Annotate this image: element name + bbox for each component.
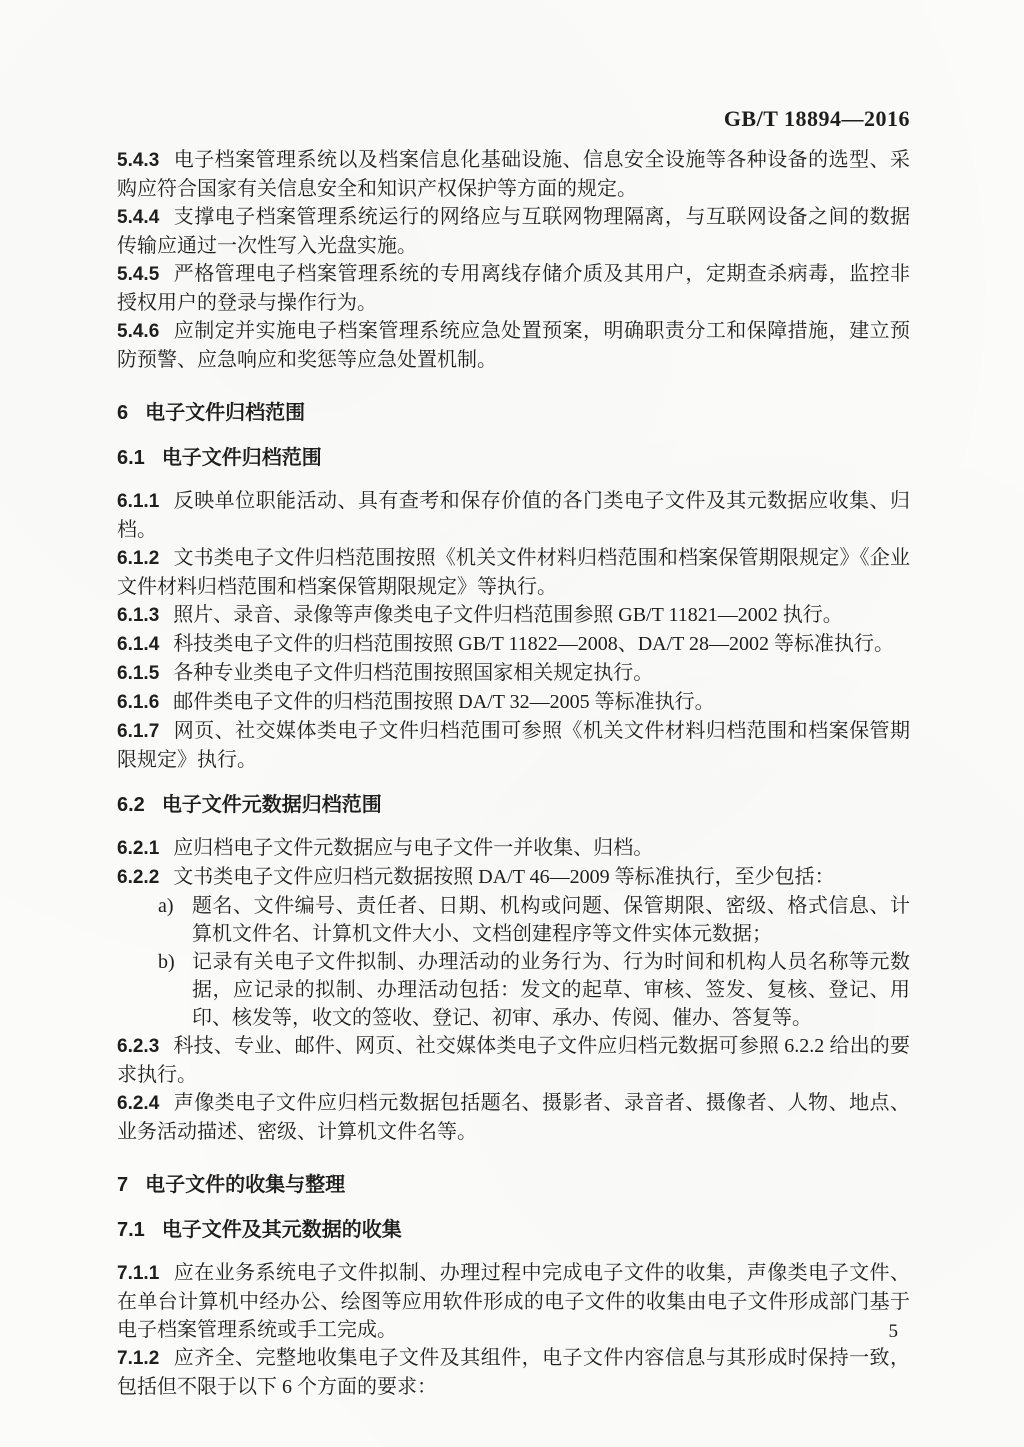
clause-6-1-5: 6.1.5各种专业类电子文件归档范围按照国家相关规定执行。	[117, 659, 910, 688]
clause-text: 各种专业类电子文件归档范围按照国家相关规定执行。	[173, 662, 653, 684]
section-heading-6: 6电子文件归档范围	[117, 399, 910, 427]
clause-text: 严格管理电子档案管理系统的专用离线存储介质及其用户，定期查杀病毒，监控非授权用户…	[117, 263, 910, 314]
clause-text: 应在业务系统电子文件拟制、办理过程中完成电子文件的收集，声像类电子文件、在单台计…	[117, 1262, 910, 1341]
section-title: 电子文件的收集与整理	[145, 1174, 345, 1196]
clause-number: 6.1.6	[117, 692, 159, 713]
clause-number: 6.1.5	[117, 663, 159, 684]
clause-number: 7.1.1	[117, 1263, 159, 1284]
section-number: 7.1	[117, 1219, 145, 1241]
section-title: 电子文件及其元数据的收集	[162, 1219, 402, 1241]
clause-5-4-4: 5.4.4支撑电子档案管理系统运行的网络应与互联网物理隔离，与互联网设备之间的数…	[117, 203, 910, 260]
clause-text: 支撑电子档案管理系统运行的网络应与互联网物理隔离，与互联网设备之间的数据传输应通…	[117, 206, 910, 257]
clause-text: 反映单位职能活动、具有查考和保存价值的各门类电子文件及其元数据应收集、归档。	[117, 490, 910, 541]
clause-6-1-1: 6.1.1反映单位职能活动、具有查考和保存价值的各门类电子文件及其元数据应收集、…	[117, 487, 910, 544]
section-heading-6-1: 6.1电子文件归档范围	[117, 444, 910, 472]
clause-number: 6.1.1	[117, 491, 159, 512]
clause-6-1-3: 6.1.3照片、录音、录像等声像类电子文件归档范围参照 GB/T 11821—2…	[117, 601, 910, 630]
clause-text: 应归档电子文件元数据应与电子文件一并收集、归档。	[173, 837, 653, 859]
clause-6-1-6: 6.1.6邮件类电子文件的归档范围按照 DA/T 32—2005 等标准执行。	[117, 688, 910, 717]
clause-6-1-4: 6.1.4科技类电子文件的归档范围按照 GB/T 11822—2008、DA/T…	[117, 630, 910, 659]
clause-6-2-2: 6.2.2文书类电子文件应归档元数据按照 DA/T 46—2009 等标准执行，…	[117, 863, 910, 892]
list-item-a: a)题名、文件编号、责任者、日期、机构或问题、保管期限、密级、格式信息、计算机文…	[158, 892, 910, 948]
section-title: 电子文件元数据归档范围	[162, 794, 382, 816]
section-heading-6-2: 6.2电子文件元数据归档范围	[117, 791, 910, 819]
list-text: 记录有关电子文件拟制、办理活动的业务行为、行为时间和机构人员名称等元数据，应记录…	[192, 948, 910, 1032]
clause-number: 6.1.2	[117, 548, 159, 569]
clause-6-2-3: 6.2.3科技、专业、邮件、网页、社交媒体类电子文件应归档元数据可参照 6.2.…	[117, 1032, 910, 1089]
clause-6-1-7: 6.1.7网页、社交媒体类电子文件归档范围可参照《机关文件材料归档范围和档案保管…	[117, 717, 910, 774]
section-number: 7	[117, 1174, 128, 1196]
clause-6-2-1: 6.2.1应归档电子文件元数据应与电子文件一并收集、归档。	[117, 834, 910, 863]
clause-6-2-4: 6.2.4声像类电子文件应归档元数据包括题名、摄影者、录音者、摄像者、人物、地点…	[117, 1089, 910, 1146]
clause-text: 文书类电子文件应归档元数据按照 DA/T 46—2009 等标准执行，至少包括：	[173, 866, 834, 888]
list-text: 题名、文件编号、责任者、日期、机构或问题、保管期限、密级、格式信息、计算机文件名…	[192, 892, 910, 948]
clause-number: 6.1.3	[117, 605, 159, 626]
clause-5-4-5: 5.4.5严格管理电子档案管理系统的专用离线存储介质及其用户，定期查杀病毒，监控…	[117, 260, 910, 317]
clause-text: 文书类电子文件归档范围按照《机关文件材料归档范围和档案保管期限规定》《企业文件材…	[117, 547, 910, 598]
clause-text: 科技、专业、邮件、网页、社交媒体类电子文件应归档元数据可参照 6.2.2 给出的…	[117, 1035, 910, 1086]
clause-number: 6.1.4	[117, 634, 159, 655]
section-heading-7-1: 7.1电子文件及其元数据的收集	[117, 1216, 910, 1244]
clause-text: 科技类电子文件的归档范围按照 GB/T 11822—2008、DA/T 28—2…	[173, 633, 894, 655]
clause-5-4-6: 5.4.6应制定并实施电子档案管理系统应急处置预案，明确职责分工和保障措施，建立…	[117, 317, 910, 374]
page-number: 5	[889, 1318, 899, 1346]
clause-text: 照片、录音、录像等声像类电子文件归档范围参照 GB/T 11821—2002 执…	[173, 604, 842, 626]
clause-text: 声像类电子文件应归档元数据包括题名、摄影者、录音者、摄像者、人物、地点、业务活动…	[117, 1092, 910, 1143]
clause-number: 5.4.4	[117, 207, 159, 228]
clause-number: 7.1.2	[117, 1348, 159, 1369]
clause-number: 6.2.3	[117, 1036, 159, 1057]
clause-text: 电子档案管理系统以及档案信息化基础设施、信息安全设施等各种设备的选型、采购应符合…	[117, 149, 910, 200]
clause-text: 应齐全、完整地收集电子文件及其组件，电子文件内容信息与其形成时保持一致，包括但不…	[117, 1347, 910, 1398]
clause-number: 5.4.5	[117, 264, 159, 285]
section-number: 6	[117, 402, 128, 424]
clause-number: 5.4.6	[117, 321, 159, 342]
section-title: 电子文件归档范围	[162, 447, 322, 469]
list-item-b: b)记录有关电子文件拟制、办理活动的业务行为、行为时间和机构人员名称等元数据，应…	[158, 948, 910, 1032]
clause-text: 网页、社交媒体类电子文件归档范围可参照《机关文件材料归档范围和档案保管期限规定》…	[117, 720, 910, 771]
clause-number: 6.1.7	[117, 721, 159, 742]
section-title: 电子文件归档范围	[145, 402, 305, 424]
section-number: 6.1	[117, 447, 145, 469]
clause-5-4-3: 5.4.3电子档案管理系统以及档案信息化基础设施、信息安全设施等各种设备的选型、…	[117, 146, 910, 203]
clause-6-1-2: 6.1.2文书类电子文件归档范围按照《机关文件材料归档范围和档案保管期限规定》《…	[117, 544, 910, 601]
clause-number: 6.2.4	[117, 1093, 159, 1114]
section-heading-7: 7电子文件的收集与整理	[117, 1171, 910, 1199]
clause-text: 应制定并实施电子档案管理系统应急处置预案，明确职责分工和保障措施，建立预防预警、…	[117, 320, 910, 371]
clause-7-1-2: 7.1.2应齐全、完整地收集电子文件及其组件，电子文件内容信息与其形成时保持一致…	[117, 1344, 910, 1401]
document-page: GB/T 18894—2016 5.4.3电子档案管理系统以及档案信息化基础设施…	[0, 0, 1024, 1447]
clause-number: 6.2.2	[117, 867, 159, 888]
standard-number-header: GB/T 18894—2016	[117, 104, 910, 134]
list-marker: a)	[158, 892, 192, 948]
list-marker: b)	[158, 948, 192, 1032]
clause-number: 5.4.3	[117, 150, 159, 171]
clause-7-1-1: 7.1.1应在业务系统电子文件拟制、办理过程中完成电子文件的收集，声像类电子文件…	[117, 1259, 910, 1344]
clause-text: 邮件类电子文件的归档范围按照 DA/T 32—2005 等标准执行。	[173, 691, 714, 713]
clause-number: 6.2.1	[117, 838, 159, 859]
section-number: 6.2	[117, 794, 145, 816]
